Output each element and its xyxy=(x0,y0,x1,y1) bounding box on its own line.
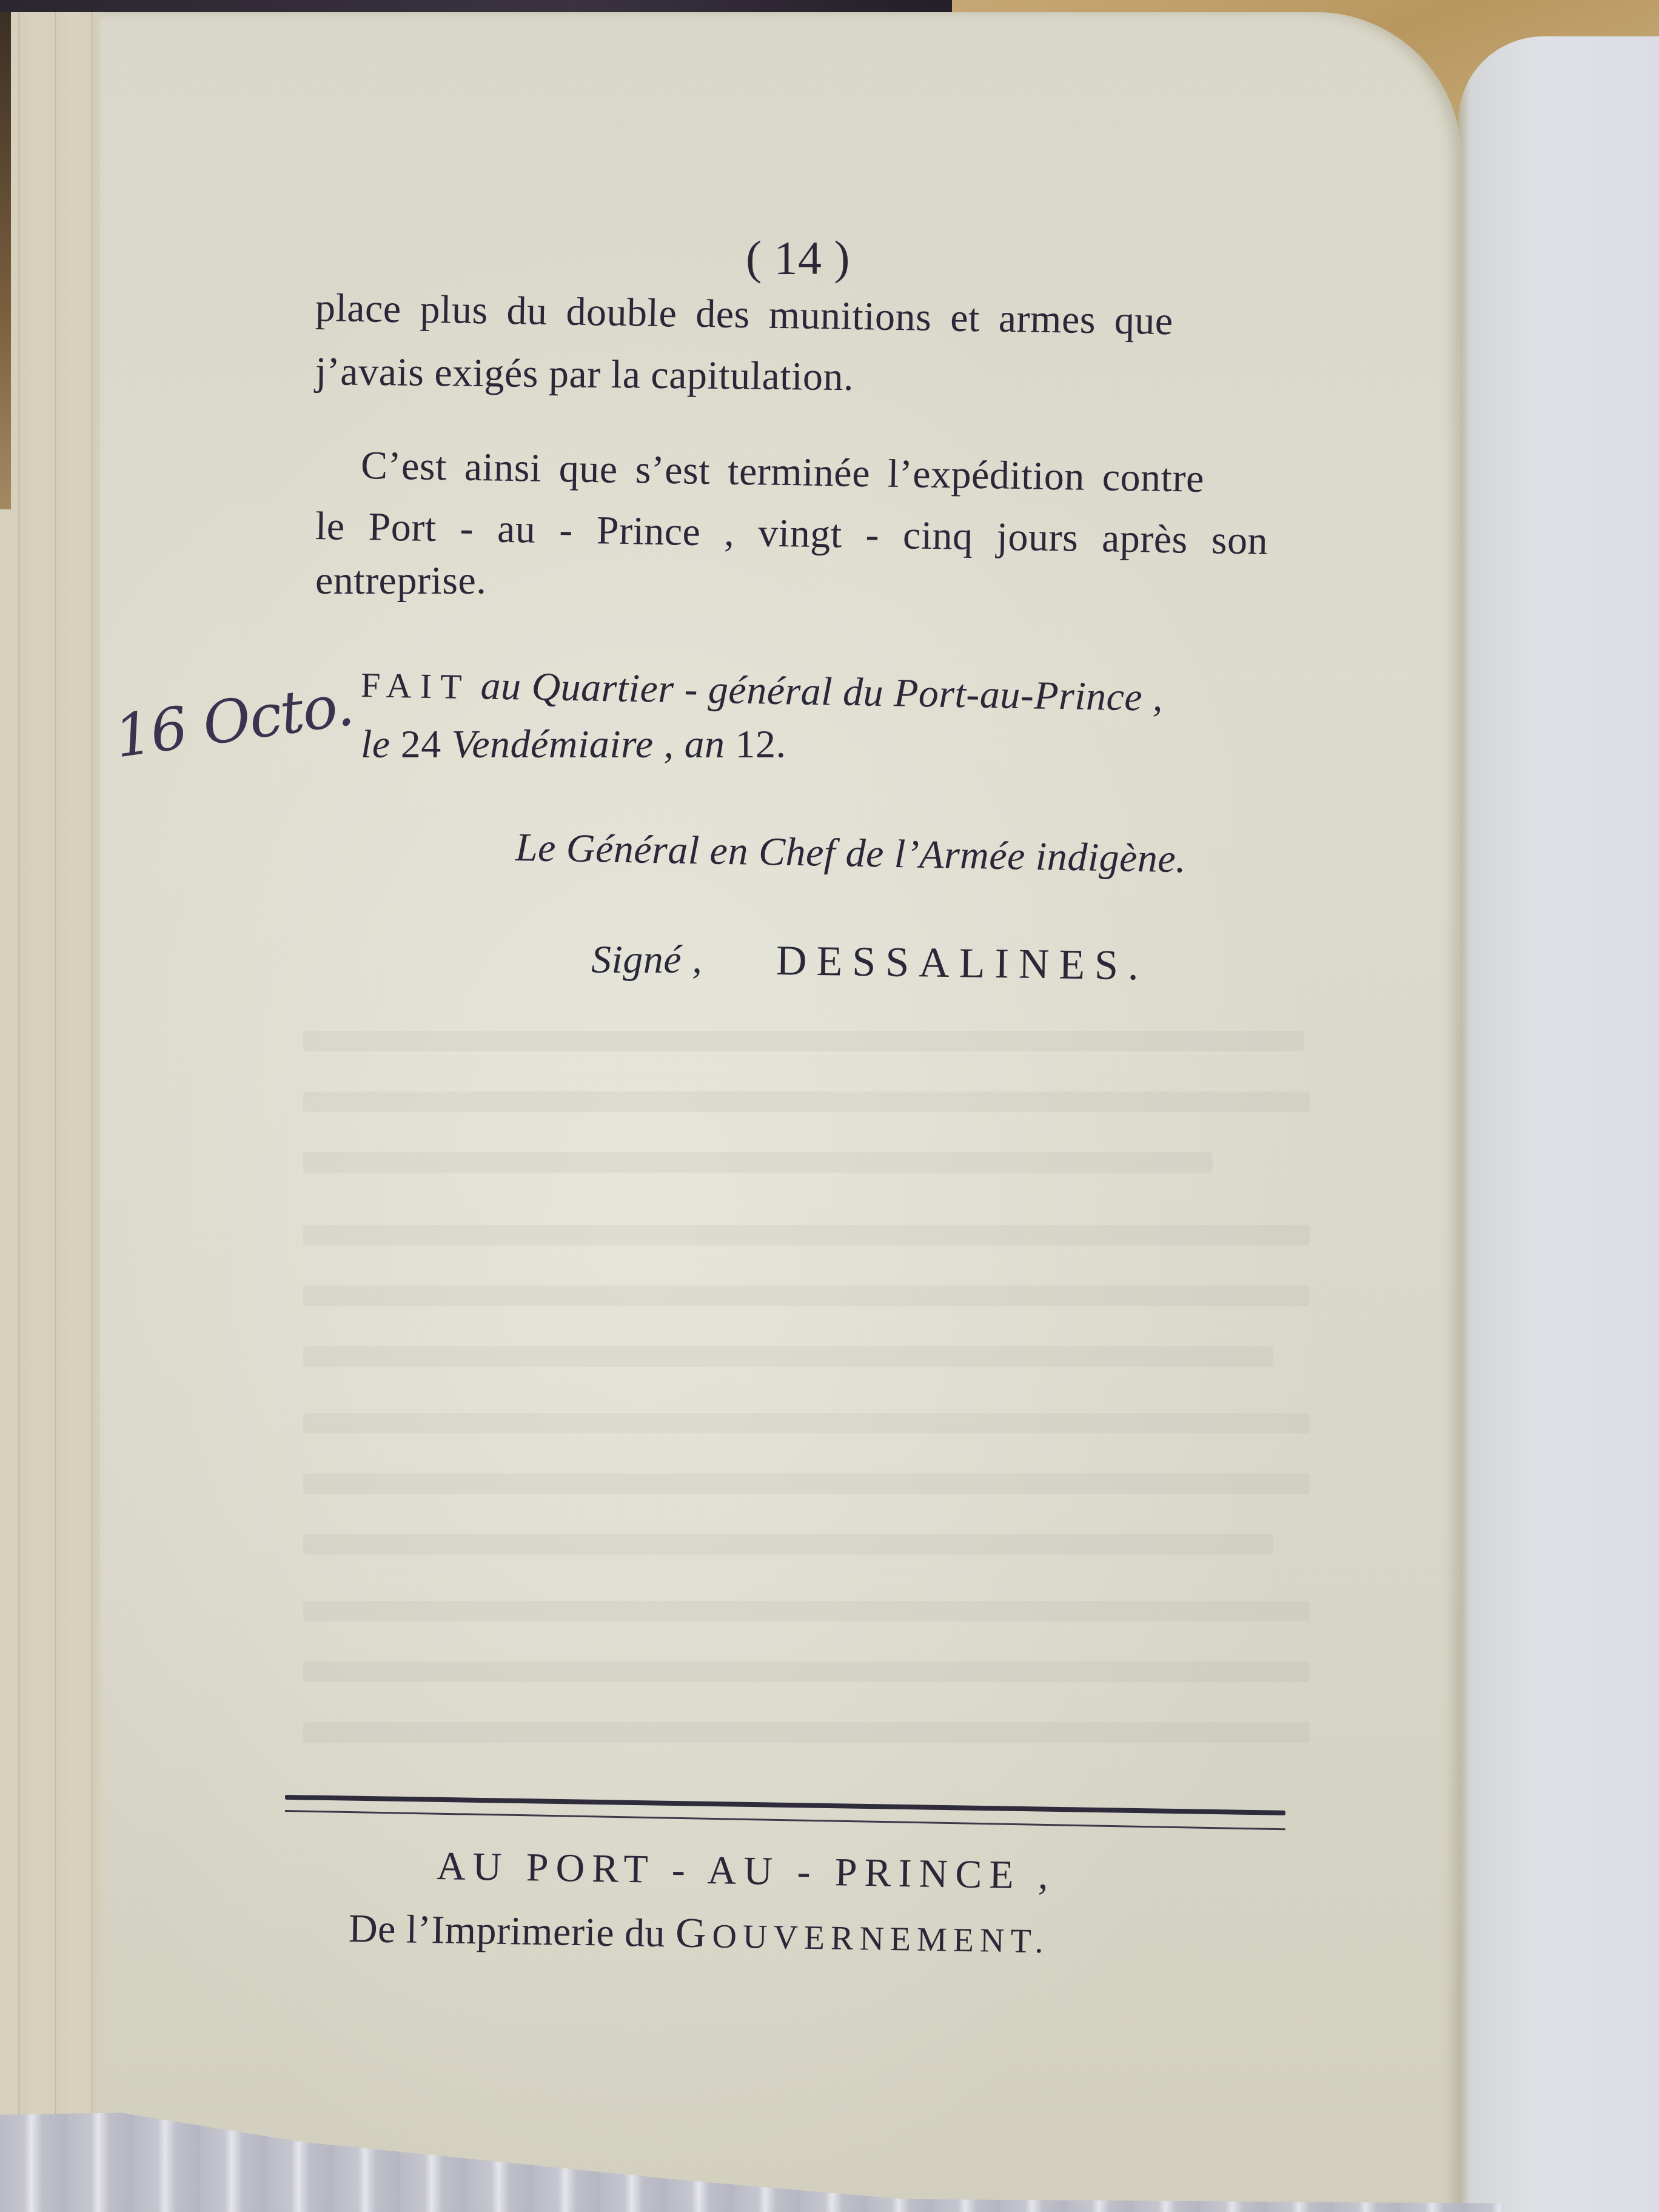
paragraph-1-line-2: j’avais exigés par la capitulation. xyxy=(315,349,854,400)
bleed-through-line xyxy=(303,1031,1304,1051)
bleed-through-line xyxy=(303,1225,1310,1245)
dateline-year: 12. xyxy=(736,722,786,766)
bleed-through-line xyxy=(303,1285,1310,1306)
imprint-printer-prefix: De l’Imprimerie du xyxy=(348,1906,675,1956)
dateline-line-2: le 24 Vendémiaire , an 12. xyxy=(361,722,786,768)
dateline-fait: FAIT xyxy=(360,665,471,706)
imprint-place: AU PORT - AU - PRINCE , xyxy=(436,1843,1056,1899)
bleed-through-line xyxy=(303,1413,1310,1433)
bleed-through-line xyxy=(303,1091,1310,1112)
paragraph-2-line-3: entreprise. xyxy=(315,558,486,604)
bleed-through-line xyxy=(303,1346,1273,1367)
imprint-printer-cap: G xyxy=(675,1909,712,1957)
imprint-printer-smallcaps: OUVERNEMENT. xyxy=(712,1917,1050,1960)
dateline-le: le xyxy=(361,722,401,766)
bleed-through-line xyxy=(303,1661,1310,1682)
facing-page xyxy=(1458,36,1659,2212)
page-number: ( 14 ) xyxy=(746,230,850,285)
bleed-through-line xyxy=(303,1722,1310,1743)
dateline-day: 24 xyxy=(401,722,441,766)
book-spine-edge xyxy=(0,12,11,509)
book-cover-edge xyxy=(0,0,952,13)
signatory-name: DESSALINES. xyxy=(776,937,1148,991)
signed-label: Signé , xyxy=(591,937,702,983)
bleed-through-line xyxy=(303,1601,1310,1621)
dateline-month: Vendémiaire , an xyxy=(441,722,736,766)
bleed-through-line xyxy=(303,1152,1213,1173)
bleed-through-line xyxy=(303,1534,1273,1555)
bleed-through-line xyxy=(303,1473,1310,1494)
